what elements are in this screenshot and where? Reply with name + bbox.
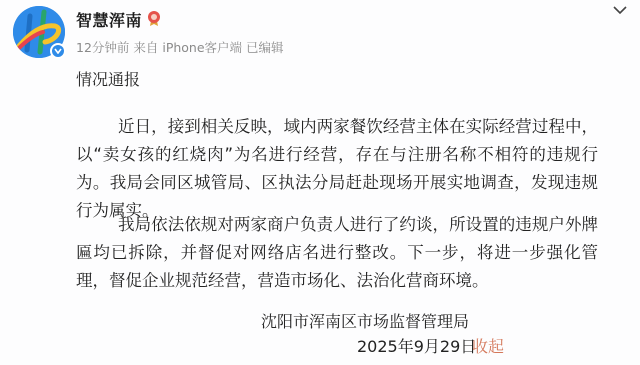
paragraph-2: 我局依法依规对两家商户负责人进行了约谈，所设置的违规户外牌匾均已拆除，并督促对网… <box>76 211 598 295</box>
author-name[interactable]: 智慧浑南 <box>76 8 142 31</box>
post-title: 情况通报 <box>76 67 140 90</box>
verified-v-icon <box>50 43 66 59</box>
signature: 沈阳市浑南区市场监督管理局 <box>261 309 469 332</box>
chevron-down-icon[interactable] <box>612 5 628 15</box>
post-meta: 12分钟前 来自 iPhone客户端 已编辑 <box>76 38 284 56</box>
post-date: 2025年9月29日 <box>357 334 476 357</box>
paragraph-2-text: 我局依法依规对两家商户负责人进行了约谈，所设置的违规户外牌匾均已拆除，并督促对网… <box>76 215 598 290</box>
medal-badge-icon[interactable] <box>147 10 161 26</box>
paragraph-1: 近日，接到相关反映，域内两家餐饮经营主体在实际经营过程中，以“卖女孩的红烧肉”为… <box>76 113 598 225</box>
paragraph-1-text: 近日，接到相关反映，域内两家餐饮经营主体在实际经营过程中，以“卖女孩的红烧肉”为… <box>76 117 598 220</box>
collapse-link[interactable]: 收起 <box>472 334 504 357</box>
